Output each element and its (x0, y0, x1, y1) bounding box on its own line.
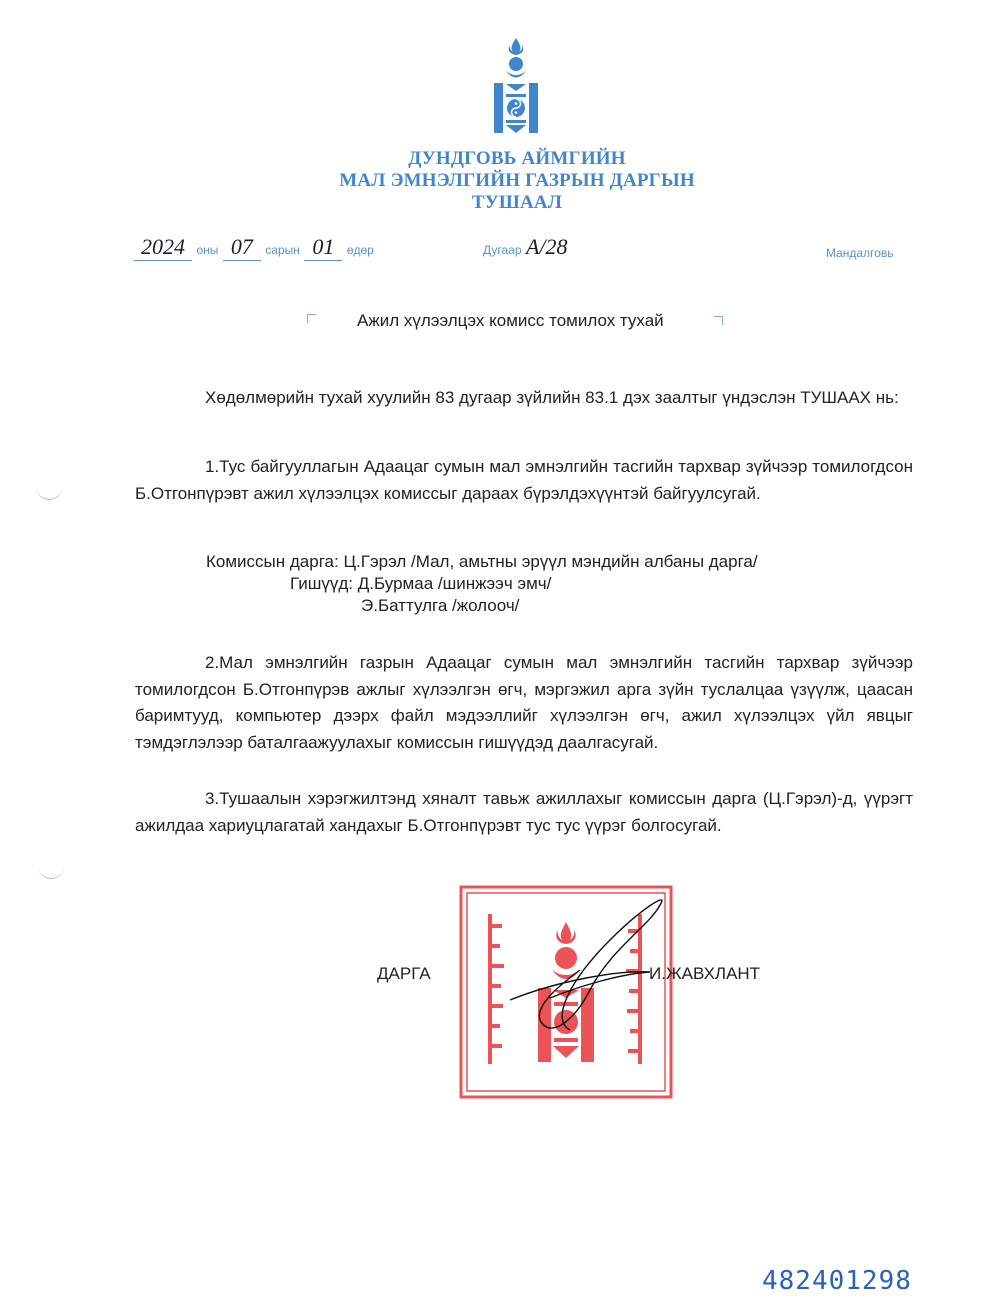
commission-member-2: Э.Баттулга /жолооч/ (361, 595, 519, 617)
commission-members: Гишүүд: Д.Бурмаа /шинжээч эмч/ (290, 573, 551, 595)
date-day: 01 (304, 234, 342, 261)
date-month: 07 (223, 234, 261, 261)
date-field: 2024 оны 07 сарын 01 өдөр (134, 234, 374, 261)
header-doc-type: ТУШААЛ (0, 192, 1004, 214)
chair-value: Ц.Гэрэл /Мал, амьтны эрүүл мэндийн албан… (343, 552, 757, 571)
header-organization: ДУНДГОВЬ АЙМГИЙН (0, 148, 1004, 170)
document-number: А/28 (526, 234, 568, 259)
item-2-paragraph: 2.Мал эмнэлгийн газрын Адаацаг сумын мал… (135, 650, 913, 756)
subject-title: Ажил хүлээлцэх комисс томилох тухай (357, 311, 664, 331)
item-1-text: 1.Тус байгууллагын Адаацаг сумын мал эмн… (135, 457, 913, 503)
chair-label: Комиссын дарга: (206, 552, 339, 571)
signatory-title: ДАРГА (377, 964, 431, 984)
day-label: өдөр (347, 243, 374, 257)
item-3-paragraph: 3.Тушаалын хэрэгжилтэнд хяналт тавьж ажи… (135, 786, 913, 839)
place-name: Мандалговь (826, 246, 894, 260)
year-label: оны (196, 243, 218, 257)
number-label: Дугаар (483, 243, 522, 257)
serial-number: 482401298 (762, 1266, 912, 1296)
commission-chair: Комиссын дарга: Ц.Гэрэл /Мал, амьтны эрү… (206, 551, 758, 573)
punch-hole-mark (38, 866, 64, 879)
item-2-text: 2.Мал эмнэлгийн газрын Адаацаг сумын мал… (135, 653, 913, 752)
subject-bracket-right (714, 316, 723, 325)
subject-bracket-left (307, 314, 316, 323)
soyombo-emblem-icon (488, 36, 544, 136)
item-3-text: 3.Тушаалын хэрэгжилтэнд хяналт тавьж ажи… (135, 789, 913, 835)
members-label: Гишүүд: (290, 574, 353, 593)
signatory-name: И.ЖАВХЛАНТ (649, 964, 760, 984)
month-label: сарын (265, 243, 300, 257)
preamble-paragraph: Хөдөлмөрийн тухай хуулийн 83 дугаар зүйл… (135, 385, 913, 412)
preamble-text: Хөдөлмөрийн тухай хуулийн 83 дугаар зүйл… (205, 388, 899, 407)
item-1-paragraph: 1.Тус байгууллагын Адаацаг сумын мал эмн… (135, 454, 913, 507)
header-department: МАЛ ЭМНЭЛГИЙН ГАЗРЫН ДАРГЫН (0, 170, 1004, 192)
date-year: 2024 (134, 234, 192, 261)
member-1: Д.Бурмаа /шинжээч эмч/ (358, 574, 552, 593)
punch-hole-mark (36, 487, 62, 500)
document-number-field: Дугаар А/28 (483, 234, 568, 260)
